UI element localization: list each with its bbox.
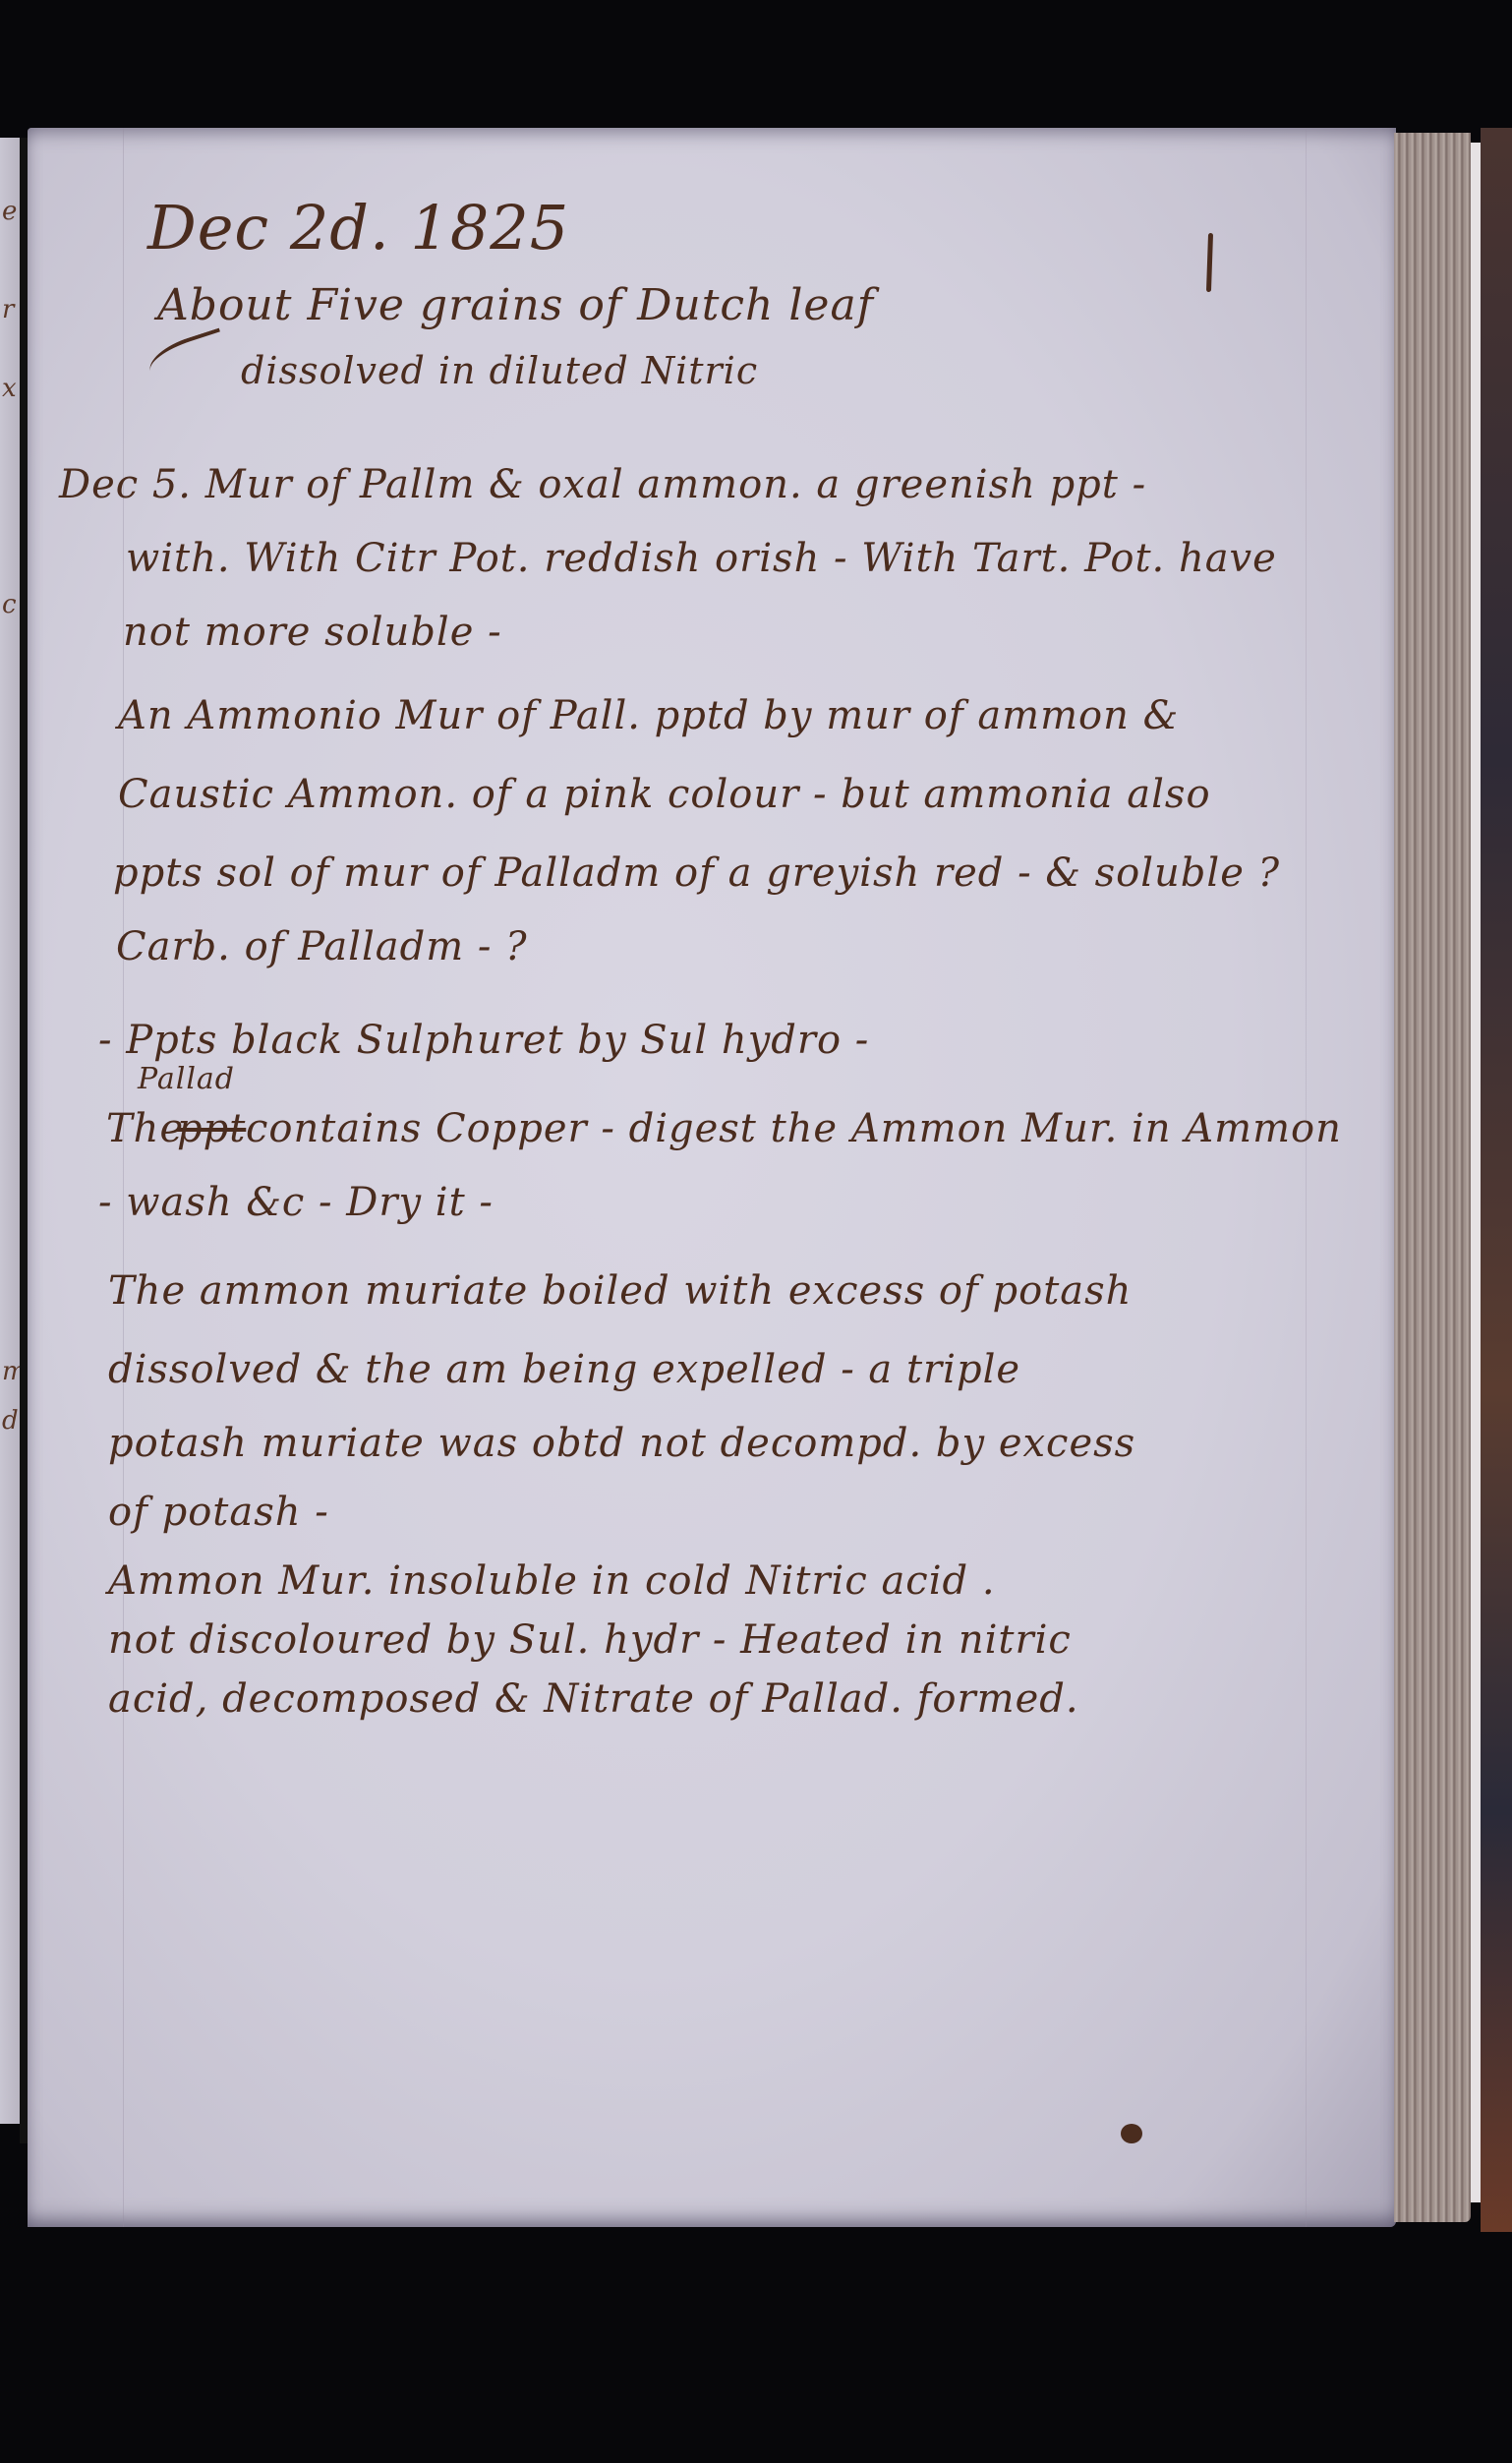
text-line: of potash - (108, 1490, 329, 1535)
facing-page-fragment: e (2, 197, 17, 226)
interlinear-insertion: Pallad (138, 1062, 235, 1096)
margin-rule (123, 128, 124, 2227)
marbled-cover (1481, 128, 1512, 2232)
text-line: Carb. of Palladm - ? (116, 924, 528, 969)
notebook-page (28, 128, 1396, 2227)
text-line: acid, decomposed & Nitrate of Pallad. fo… (108, 1676, 1079, 1722)
facing-page-edge: e r x c m d (0, 138, 22, 2124)
text-line-prefix: The (106, 1106, 184, 1151)
fold-crease (1306, 128, 1307, 2227)
text-line: - Ppts black Sulphuret by Sul hydro - (98, 1018, 869, 1063)
facing-page-fragment: c (2, 590, 17, 619)
text-line: dissolved & the am being expelled - a tr… (108, 1347, 1020, 1392)
text-line: ppts sol of mur of Palladm of a greyish … (113, 850, 1280, 896)
text-line: Caustic Ammon. of a pink colour - but am… (118, 772, 1211, 817)
facing-page-fragment: d (2, 1406, 19, 1436)
facing-page-fragment: x (2, 374, 17, 403)
struck-word: ppt (177, 1106, 246, 1151)
text-line: Ammon Mur. insoluble in cold Nitric acid… (108, 1558, 996, 1604)
ink-blot (1121, 2124, 1142, 2143)
entry-title-line-1: About Five grains of Dutch leaf (157, 280, 874, 330)
text-line: not discoloured by Sul. hydr - Heated in… (108, 1617, 1072, 1663)
entry-title-line-2: dissolved in diluted Nitric (241, 349, 758, 392)
text-line: contains Copper - digest the Ammon Mur. … (246, 1106, 1342, 1151)
text-line: Dec 5. Mur of Pallm & oxal ammon. a gree… (59, 462, 1146, 507)
endpaper-edge (1471, 143, 1481, 2202)
text-line: An Ammonio Mur of Pall. pptd by mur of a… (118, 693, 1179, 738)
text-line: not more soluble - (123, 610, 502, 655)
text-line: The ammon muriate boiled with excess of … (108, 1268, 1132, 1314)
page-block-edges (1394, 133, 1471, 2222)
text-line: potash muriate was obtd not decompd. by … (108, 1421, 1135, 1466)
entry-date: Dec 2d. 1825 (147, 192, 569, 264)
text-line: - wash &c - Dry it - (98, 1180, 494, 1225)
text-line: with. With Citr Pot. reddish orish - Wit… (126, 536, 1277, 581)
facing-page-fragment: r (2, 295, 14, 324)
